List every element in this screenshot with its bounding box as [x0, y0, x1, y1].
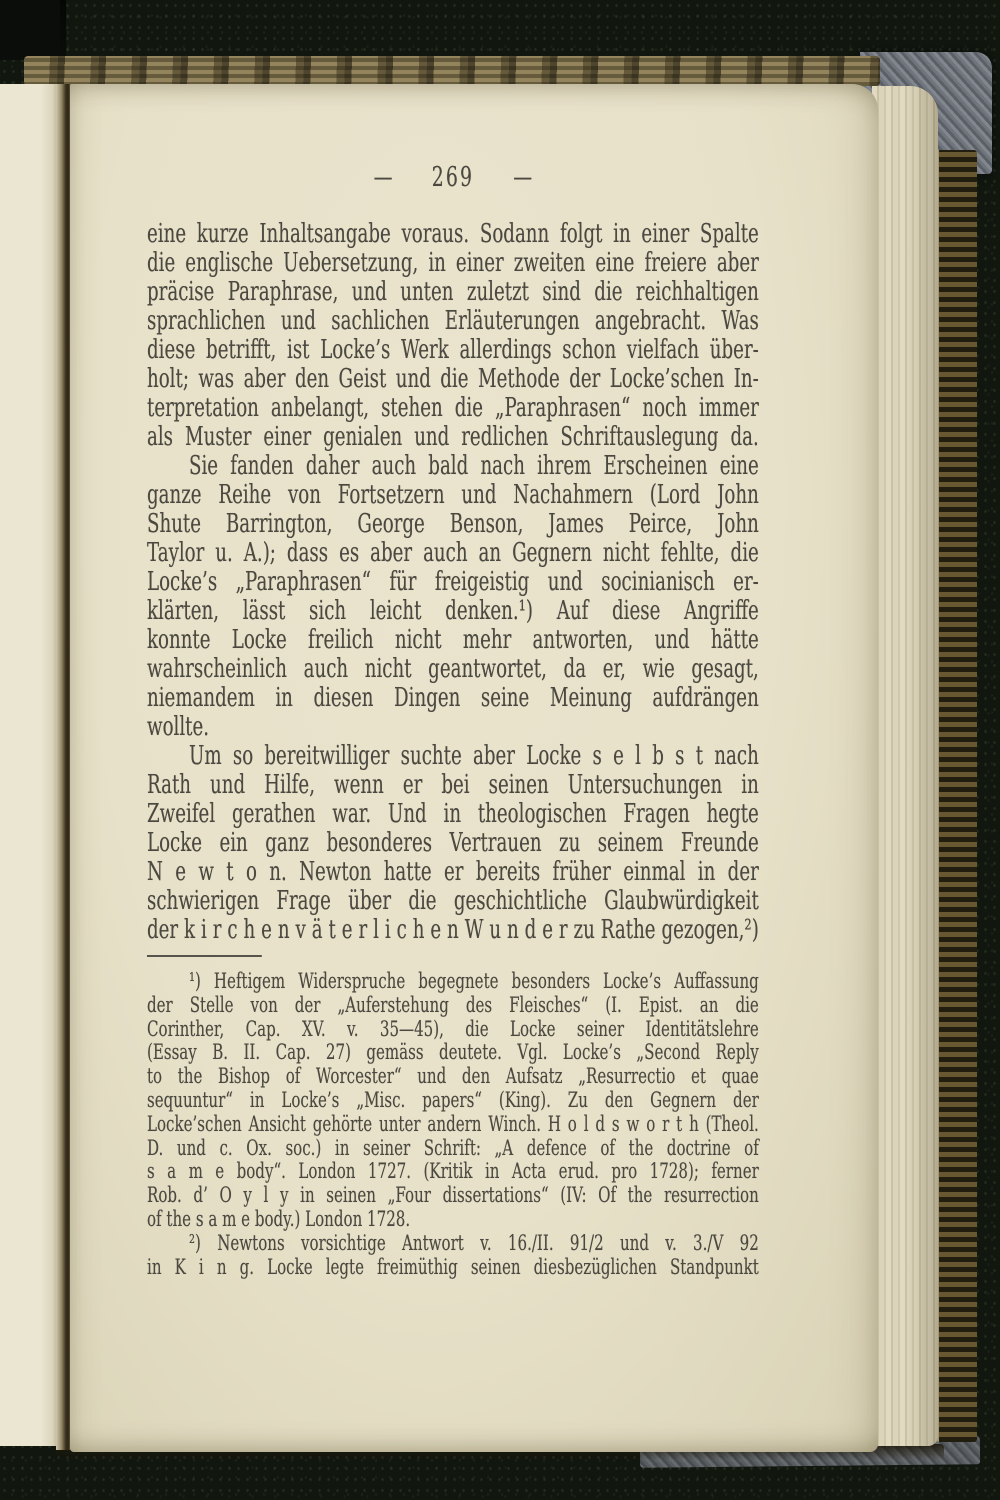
worn-binding-strip-top: [24, 56, 880, 86]
text-line: s a m e body“. London 1727. (Kritik in A…: [147, 1160, 759, 1184]
text-line: Taylor u. A.); dass es aber auch an Gegn…: [147, 539, 759, 568]
text-line: Corinther, Cap. XV. v. 35—45), die Locke…: [147, 1018, 759, 1042]
text-line: niemandem in diesen Dingen seine Meinung…: [147, 684, 759, 713]
footnotes: ¹) Heftigem Widerspruche begegnete beson…: [147, 970, 759, 1279]
text-line: Rath und Hilfe, wenn er bei seinen Unter…: [147, 771, 759, 800]
text-line: als Muster einer genialen und redlichen …: [147, 423, 759, 452]
text-line: ¹) Heftigem Widerspruche begegnete beson…: [147, 970, 759, 994]
text-line: Shute Barrington, George Benson, James P…: [147, 510, 759, 539]
text-line: Locke’schen Ansicht gehörte unter andern…: [147, 1113, 759, 1137]
text-line: of the s a m e body.) London 1728.: [147, 1208, 759, 1232]
text-line: holt; was aber den Geist und die Methode…: [147, 365, 759, 394]
text-line: to the Bishop of Worcester“ und den Aufs…: [147, 1065, 759, 1089]
text-line: ganze Reihe von Fortsetzern und Nachahme…: [147, 481, 759, 510]
page-number-header: — 269 —: [147, 160, 759, 194]
text-line: eine kurze Inhaltsangabe voraus. Sodann …: [147, 220, 759, 249]
book-page: — 269 — eine kurze Inhaltsangabe voraus.…: [70, 84, 878, 1452]
text-line: sequuntur“ in Locke’s „Misc. papers“ (Ki…: [147, 1089, 759, 1113]
facing-page-edge: [0, 84, 58, 1446]
text-line: in K i n g. Locke legte freimüthig seine…: [147, 1256, 759, 1280]
text-line: konnte Locke freilich nicht mehr antwort…: [147, 626, 759, 655]
text-line: N e w t o n. Newton hatte er bereits frü…: [147, 858, 759, 887]
text-line: wollte.: [147, 713, 759, 742]
text-line: Rob. d’ O y l y in seinen „Four disserta…: [147, 1184, 759, 1208]
text-line: Um so bereitwilliger suchte aber Locke s…: [147, 742, 759, 771]
text-line: D. und c. Ox. soc.) in seiner Schrift: „…: [147, 1137, 759, 1161]
text-line: der k i r c h e n v ä t e r l i c h e n …: [147, 916, 759, 945]
text-line: Locke ein ganz besonderes Vertrauen zu s…: [147, 829, 759, 858]
text-line: ²) Newtons vorsichtige Antwort v. 16./II…: [147, 1232, 759, 1256]
text-line: Zweifel gerathen war. Und in theologisch…: [147, 800, 759, 829]
text-line: terpretation anbelangt, stehen die „Para…: [147, 394, 759, 423]
page-content: — 269 — eine kurze Inhaltsangabe voraus.…: [147, 84, 759, 1279]
text-line: Sie fanden daher auch bald nach ihrem Er…: [147, 452, 759, 481]
scanned-book-photo: — 269 — eine kurze Inhaltsangabe voraus.…: [0, 0, 1000, 1500]
header-dash-left: —: [374, 162, 393, 193]
book-cover-top-left-patch: [0, 0, 62, 60]
text-line: klärten, lässt sich leicht denken.¹) Auf…: [147, 597, 759, 626]
text-line: wahrscheinlich auch nicht geantwortet, d…: [147, 655, 759, 684]
text-line: diese betrifft, ist Locke’s Werk allerdi…: [147, 336, 759, 365]
page-stack-edges: [872, 86, 938, 1446]
page-number: 269: [432, 162, 474, 193]
text-line: die englische Uebersetzung, in einer zwe…: [147, 249, 759, 278]
text-line: (Essay B. II. Cap. 27) gemäss deutete. V…: [147, 1041, 759, 1065]
header-dash-right: —: [513, 162, 532, 193]
text-line: der Stelle von der „Auferstehung des Fle…: [147, 994, 759, 1018]
text-line: sprachlichen und sachlichen Erläuterunge…: [147, 307, 759, 336]
worn-spine-edge-right: [936, 150, 977, 1442]
text-line: schwierigen Frage über die geschichtlich…: [147, 887, 759, 916]
text-line: Locke’s „Paraphrasen“ für freigeistig un…: [147, 568, 759, 597]
body-text: eine kurze Inhaltsangabe voraus. Sodann …: [147, 220, 759, 945]
footnote-separator: [147, 955, 262, 957]
text-line: präcise Paraphrase, und unten zuletzt si…: [147, 278, 759, 307]
